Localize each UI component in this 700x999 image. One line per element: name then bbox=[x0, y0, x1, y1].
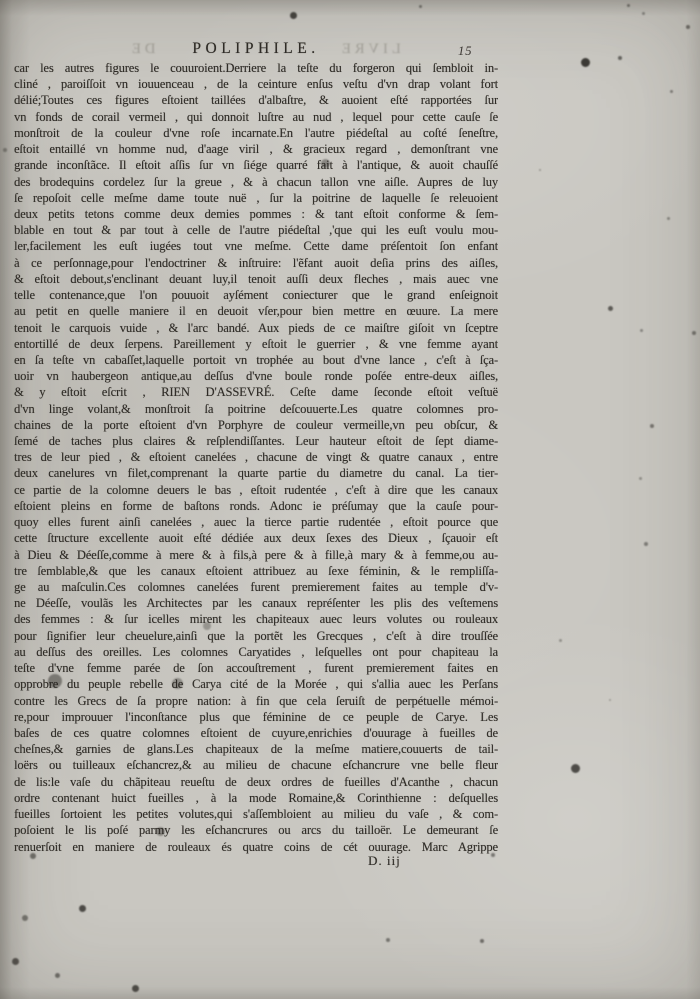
text-line: chaines de la porte eſtoient d'vn Porphy… bbox=[14, 417, 498, 433]
page-number: 15 bbox=[458, 44, 473, 59]
ink-speck bbox=[3, 148, 7, 152]
text-line: monſtroit de la couleur d'vne roſe incar… bbox=[14, 125, 498, 141]
text-line: de lis:le vaſe du chãpiteau reueſtu de d… bbox=[14, 774, 498, 790]
ink-speck bbox=[539, 169, 541, 171]
text-line: pour ſignifier leur cheuelure,ainſi que … bbox=[14, 628, 498, 644]
text-line: & eſtoit debout,s'enclinant deuant luy,i… bbox=[14, 271, 498, 287]
text-line: entortillé de deux ſerpens. Pareillement… bbox=[14, 336, 498, 352]
ink-speck bbox=[55, 973, 60, 978]
text-line: cheſnes,& garnies de glans.Les chapiteau… bbox=[14, 741, 498, 757]
ink-speck bbox=[581, 58, 590, 67]
text-line: deux petits tetons comme deux demies pom… bbox=[14, 206, 498, 222]
text-line: tre ſemblable,& que les canaux eſtoient … bbox=[14, 563, 498, 579]
text-line: ſemé de taches plus claires & reſplendiſ… bbox=[14, 433, 498, 449]
signature-mark: D. iij bbox=[368, 853, 401, 869]
ink-speck bbox=[480, 939, 484, 943]
text-line: des femmes : & ſur icelles mirent les ch… bbox=[14, 611, 498, 627]
text-line: poſoient le lis poſé parmy les eſchancru… bbox=[14, 822, 498, 838]
running-header: POLIPHILE. bbox=[14, 40, 498, 58]
ink-speck bbox=[559, 639, 562, 642]
ink-speck bbox=[640, 329, 643, 332]
ink-speck bbox=[79, 905, 86, 912]
book-page: DE LIVRE POLIPHILE. 15 car les autres fi… bbox=[0, 0, 700, 999]
text-line: re,pour improuuer l'inconſtance plus que… bbox=[14, 709, 498, 725]
text-line: telle contenance,que l'on pouuoit ayſéme… bbox=[14, 287, 498, 303]
text-line: en ſa teſte vn cabaſſet,laquelle portoit… bbox=[14, 352, 498, 368]
body-text: car les autres figures le couuroient.Der… bbox=[14, 60, 498, 855]
ink-speck bbox=[644, 542, 648, 546]
ink-speck bbox=[419, 5, 422, 8]
text-line: quoy elles furent ainſi canelées , auec … bbox=[14, 514, 498, 530]
text-line: baſes de ces quatre colomnes eſtoient de… bbox=[14, 725, 498, 741]
ink-speck bbox=[667, 217, 670, 220]
text-line: délié;Toutes ces figures eſtoient taillé… bbox=[14, 92, 498, 108]
text-line: des brodequins cordelez ſur la greue , &… bbox=[14, 174, 498, 190]
text-line: grande inconſtãce. Il eſtoit aſſis ſur v… bbox=[14, 157, 498, 173]
text-line: cette ſtructure excellente auoit eſté dé… bbox=[14, 530, 498, 546]
text-line: au deſſus des oreilles. Les colomnes Car… bbox=[14, 644, 498, 660]
ink-speck bbox=[386, 938, 390, 942]
ink-speck bbox=[609, 699, 611, 701]
ink-speck bbox=[627, 4, 630, 7]
ink-speck bbox=[290, 12, 297, 19]
text-line: eſtoit entaillé vn homme nud, d'aage vir… bbox=[14, 141, 498, 157]
text-line: opprobre du peuple rebelle de Carya cité… bbox=[14, 676, 498, 692]
text-line: renuerſoit en maniere de rouleaux és qua… bbox=[14, 839, 498, 855]
text-line: eſtoient pleins en forme de baſtons rond… bbox=[14, 498, 498, 514]
text-line: à ce perſonnage,pour l'endoctriner & inſ… bbox=[14, 255, 498, 271]
text-line: d'vn linge volant,& monſtroit ſa poitrin… bbox=[14, 401, 498, 417]
text-line: ſe repoſoit celle meſme dame toute nuë ,… bbox=[14, 190, 498, 206]
ink-speck bbox=[639, 477, 642, 480]
text-line: ler,facilement les euſt iugées tout vne … bbox=[14, 238, 498, 254]
text-line: vn fonds de corail vermeil , qui donnoit… bbox=[14, 109, 498, 125]
text-line: contre les Grecs de ſa propre nation: à … bbox=[14, 693, 498, 709]
ink-speck bbox=[692, 331, 696, 335]
ink-speck bbox=[22, 915, 28, 921]
text-line: & y eſtoit eſcrit , RIEN D'ASSEVRÉ. Ceſt… bbox=[14, 384, 498, 400]
text-line: tenoit le carquois vuide , & l'arc bandé… bbox=[14, 320, 498, 336]
text-line: blable en tout & par tout à celle de l'a… bbox=[14, 222, 498, 238]
text-line: car les autres figures le couuroient.Der… bbox=[14, 60, 498, 76]
text-line: cliné , paroiſſoit vn iouuenceau , de la… bbox=[14, 76, 498, 92]
text-line: teſte d'vne femme parée de ſon accouſtre… bbox=[14, 660, 498, 676]
text-line: loërs ou tuilleaux eſchancrez,& au milie… bbox=[14, 757, 498, 773]
ink-speck bbox=[670, 90, 673, 93]
ink-speck bbox=[608, 306, 613, 311]
text-line: ce partie de la colomne deuers le bas , … bbox=[14, 482, 498, 498]
text-line: ne Déeſſe, voulãs les Architectes par le… bbox=[14, 595, 498, 611]
ink-speck bbox=[12, 958, 19, 965]
ink-speck bbox=[132, 985, 139, 992]
text-line: fueilles ſortoient les petites volutes,q… bbox=[14, 806, 498, 822]
ink-speck bbox=[618, 56, 622, 60]
text-line: ge au maſculin.Ces colomnes canelées fur… bbox=[14, 579, 498, 595]
text-line: à Dieu & Déeſſe,comme à mere & à fils,à … bbox=[14, 547, 498, 563]
text-line: uoir vn haubergeon antique,au deſſus d'v… bbox=[14, 368, 498, 384]
text-line: tres de leur pied , & eſtoient canelées … bbox=[14, 449, 498, 465]
ink-speck bbox=[571, 764, 580, 773]
text-line: ordre contenant huict fueilles , à la mo… bbox=[14, 790, 498, 806]
ink-speck bbox=[650, 424, 654, 428]
text-line: au petit en quelle maniere il en deuoit … bbox=[14, 303, 498, 319]
ink-speck bbox=[642, 12, 645, 15]
ink-speck bbox=[686, 25, 690, 29]
text-line: deux canelures vn filet,comprenant la qu… bbox=[14, 465, 498, 481]
